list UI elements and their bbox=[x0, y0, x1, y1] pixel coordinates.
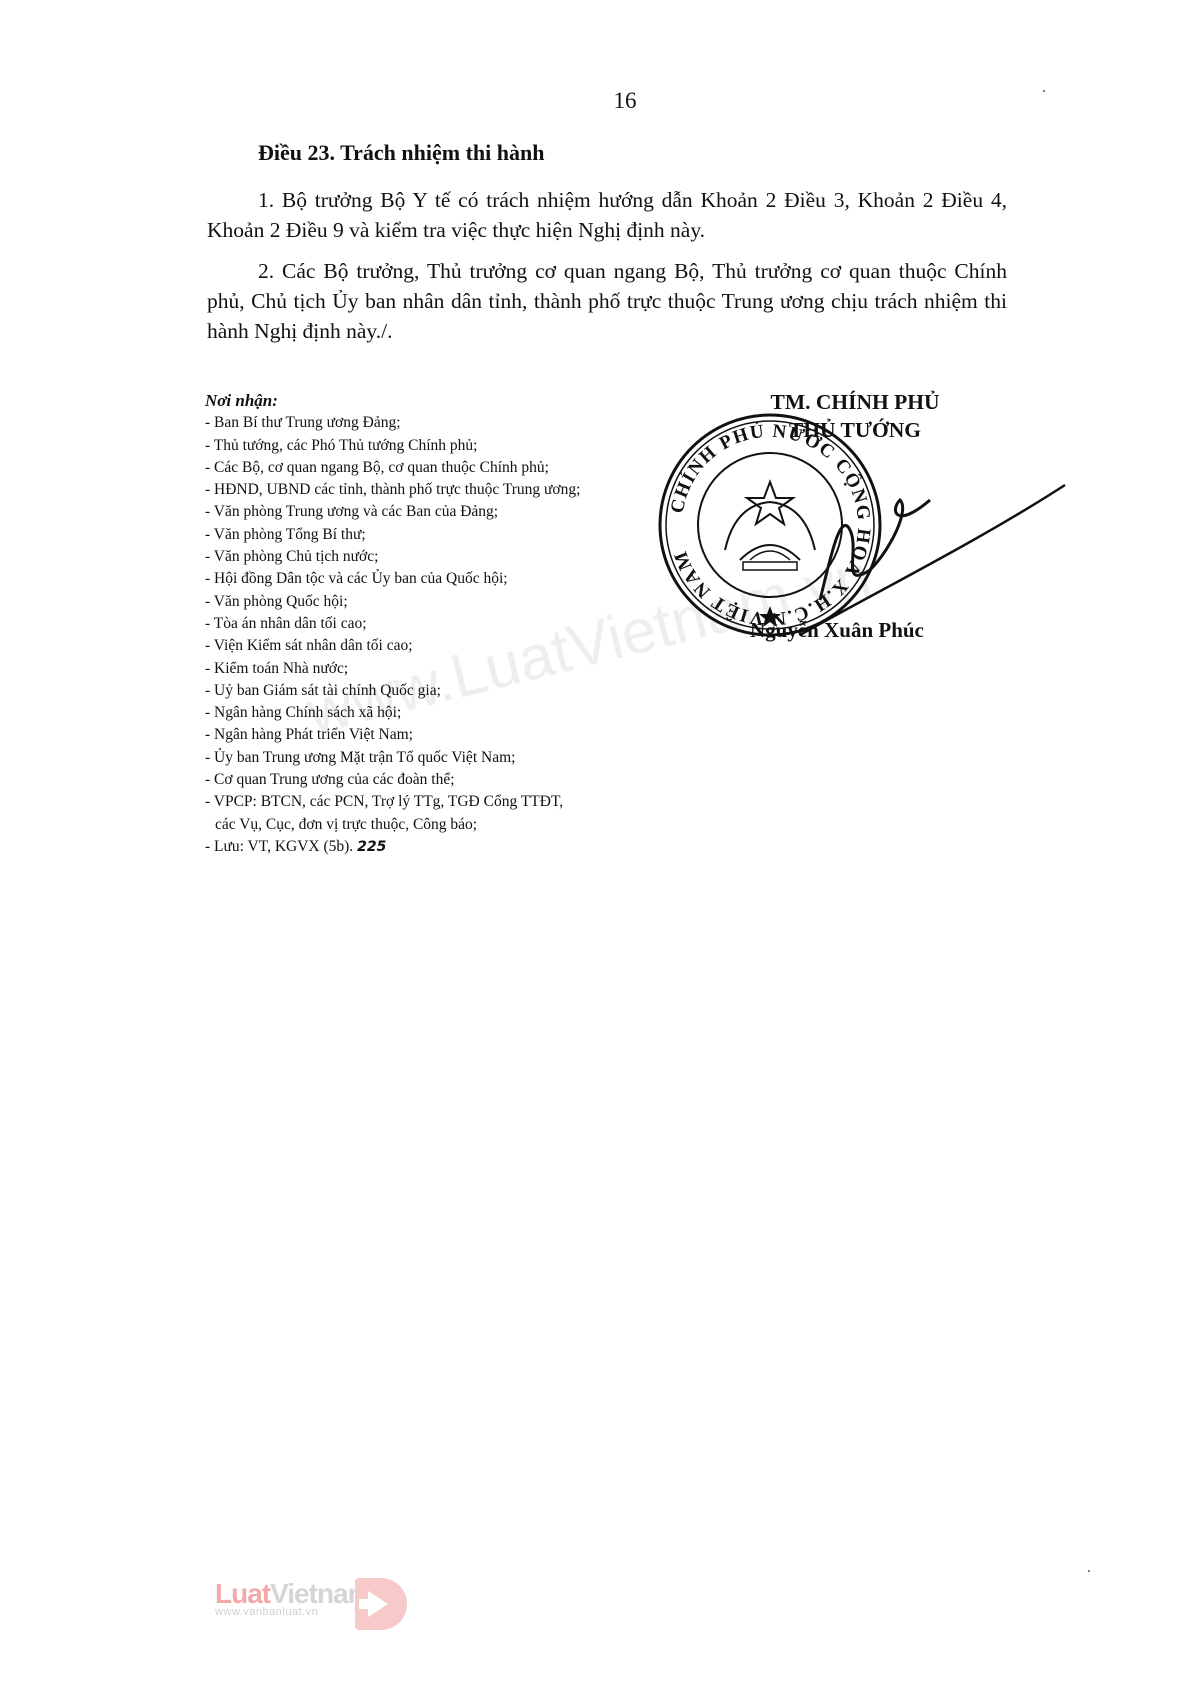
scan-speck bbox=[1088, 1570, 1090, 1572]
article-paragraph-1: 1. Bộ trưởng Bộ Y tế có trách nhiệm hướn… bbox=[207, 185, 1007, 245]
article-paragraph-2: 2. Các Bộ trưởng, Thủ trưởng cơ quan nga… bbox=[207, 256, 1007, 346]
recipient-item: - Ban Bí thư Trung ương Đảng; bbox=[205, 412, 580, 434]
recipient-item: - Hội đồng Dân tộc và các Ủy ban của Quố… bbox=[205, 568, 580, 590]
handwritten-initials: 225 bbox=[357, 839, 386, 855]
recipient-item: - Tòa án nhân dân tối cao; bbox=[205, 613, 580, 635]
signer-title-1: TM. CHÍNH PHỦ bbox=[745, 388, 965, 416]
recipients-list: Nơi nhận: - Ban Bí thư Trung ương Đảng;-… bbox=[205, 390, 580, 858]
recipient-continuation: các Vụ, Cục, đơn vị trực thuộc, Công báo… bbox=[205, 814, 580, 836]
recipient-item: - Các Bộ, cơ quan ngang Bộ, cơ quan thuộ… bbox=[205, 457, 580, 479]
recipient-item: - Viện Kiểm sát nhân dân tối cao; bbox=[205, 635, 580, 657]
recipient-item: - Ủy ban Trung ương Mặt trận Tổ quốc Việ… bbox=[205, 747, 580, 769]
handwritten-signature bbox=[780, 470, 1070, 640]
recipient-items: - Ban Bí thư Trung ương Đảng;- Thủ tướng… bbox=[205, 412, 580, 813]
recipient-item: - Cơ quan Trung ương của các đoàn thể; bbox=[205, 769, 580, 791]
recipient-item: - Văn phòng Tổng Bí thư; bbox=[205, 524, 580, 546]
recipient-archive: - Lưu: VT, KGVX (5b).225 bbox=[205, 836, 580, 858]
article-title: Điều 23. Trách nhiệm thi hành bbox=[258, 140, 544, 166]
paragraph-text: 2. Các Bộ trưởng, Thủ trưởng cơ quan nga… bbox=[207, 259, 1007, 343]
page-number: 16 bbox=[0, 88, 1199, 114]
arrow-right-icon bbox=[355, 1578, 407, 1630]
luatvietnam-logo: LuatVietnam www.vanbanluat.vn bbox=[215, 1578, 415, 1638]
logo-brand-part1: Luat bbox=[215, 1578, 270, 1609]
paragraph-text: 1. Bộ trưởng Bộ Y tế có trách nhiệm hướn… bbox=[207, 188, 1007, 242]
recipient-item: - Văn phòng Quốc hội; bbox=[205, 591, 580, 613]
recipient-item: - Uỷ ban Giám sát tài chính Quốc gia; bbox=[205, 680, 580, 702]
recipients-heading: Nơi nhận: bbox=[205, 390, 580, 412]
signer-title-2: THỦ TƯỚNG bbox=[745, 416, 965, 444]
signer-name: Nguyễn Xuân Phúc bbox=[750, 618, 924, 643]
archive-text: - Lưu: VT, KGVX (5b). bbox=[205, 838, 353, 855]
recipient-item: - Văn phòng Chủ tịch nước; bbox=[205, 546, 580, 568]
recipient-item: - Ngân hàng Chính sách xã hội; bbox=[205, 702, 580, 724]
recipient-item: - HĐND, UBND các tỉnh, thành phố trực th… bbox=[205, 479, 580, 501]
recipient-item: - Thủ tướng, các Phó Thủ tướng Chính phủ… bbox=[205, 435, 580, 457]
recipient-item: - VPCP: BTCN, các PCN, Trợ lý TTg, TGĐ C… bbox=[205, 791, 580, 813]
recipient-item: - Văn phòng Trung ương và các Ban của Đả… bbox=[205, 501, 580, 523]
scan-speck bbox=[1043, 90, 1045, 92]
recipient-item: - Kiểm toán Nhà nước; bbox=[205, 658, 580, 680]
recipient-item: - Ngân hàng Phát triển Việt Nam; bbox=[205, 724, 580, 746]
signer-block: TM. CHÍNH PHỦ THỦ TƯỚNG bbox=[745, 388, 965, 444]
